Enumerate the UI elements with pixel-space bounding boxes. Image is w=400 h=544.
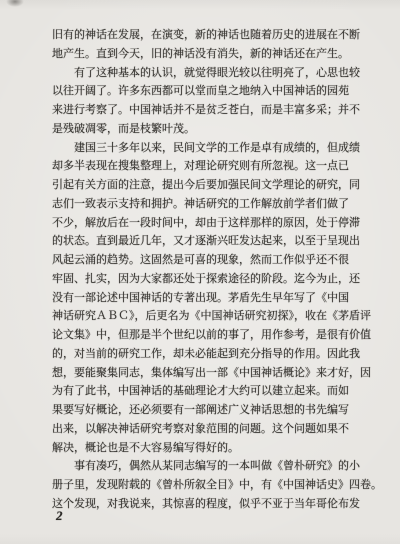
text-line: 建国三十多年以来，民间文学的工作是卓有成绩的，但成绩	[52, 139, 364, 158]
text-line: 志们一致表示支持和拥护。神话研究的工作解放前学者们做了	[52, 195, 364, 214]
text-line: 引起有关方面的注意，提出今后要加强民间文学理论的研究，同	[52, 176, 364, 195]
text-line: 事有凑巧，偶然从某同志编写的一本叫做《曾朴研究》的小	[52, 457, 364, 476]
text-line: 来进行考察了。中国神话并不是贫乏苍白，而是丰富多采；并不	[52, 101, 364, 120]
text-line: 不少，解放后在一段时间中，却由于这样那样的原因，处于停滞	[52, 214, 364, 233]
text-line: 以往开阔了。许多东西都可以堂而皇之地纳入中国神话的园苑	[52, 82, 364, 101]
text-line: 却多半表现在搜集整理上，对理论研究则有所忽视。这一点已	[52, 157, 364, 176]
text-line: 地产生。直到今天，旧的神话没有消失，新的神话还在产生。	[52, 45, 364, 64]
scan-smudge	[6, 0, 24, 7]
text-line: 为有了此书，中国神话的基础理论才大约可以建立起来。而如	[52, 382, 364, 401]
page-number: 2	[56, 508, 63, 524]
text-line: 是残破凋零，而是枝繁叶茂。	[52, 120, 364, 139]
text-line: 果要写好概论，还必须要有一部阐述广义神话思想的书先编写	[52, 401, 364, 420]
text-line: 旧有的神话在发展，在演变，新的神话也随着历史的进展在不断	[52, 26, 364, 45]
text-line: 没有一部论述中国神话的专著出现。茅盾先生早年写了《中国	[52, 289, 364, 308]
text-line: 有了这种基本的认识，就觉得眼光较以往明亮了，心思也较	[52, 64, 364, 83]
scanned-book-page: 旧有的神话在发展，在演变，新的神话也随着历史的进展在不断 地产生。直到今天，旧的…	[0, 0, 400, 544]
text-line: 想，要能聚集同志，集体编写出一部《中国神话概论》来才好，因	[52, 364, 364, 383]
text-line: 牢固、扎实，因为大家都还处于探索途径的阶段。迄今为止，还	[52, 270, 364, 289]
page-text-block: 旧有的神话在发展，在演变，新的神话也随着历史的进展在不断 地产生。直到今天，旧的…	[52, 26, 364, 514]
text-line: 的状态。直到最近几年，又才逐渐兴旺发达起来，以至于呈现出	[52, 232, 364, 251]
text-line: 出来，以解决神话研究考察对象范围的问题。这个问题如果不	[52, 420, 364, 439]
text-line: 这个发现，对我说来，其惊喜的程度，似乎不亚于当年哥伦布发	[52, 495, 364, 514]
text-line: 的，对当前的研究工作，却未必能起到充分指导的作用。因此我	[52, 345, 364, 364]
text-line: 解决，概论也是不大容易编写得好的。	[52, 439, 364, 458]
text-line: 论文集》中，但那是半个世纪以前的事了，用作参考，是很有价值	[52, 326, 364, 345]
text-line: 册子里，发现附载的《曾朴所叙全目》中，有《中国神话史》四卷。	[52, 476, 364, 495]
text-line: 风起云涌的趋势。这固然是可喜的现象，然而工作似乎还不很	[52, 251, 364, 270]
text-line: 神话研究ＡＢＣ》，后更名为《中国神话研究初探》，收在《茅盾评	[52, 307, 364, 326]
